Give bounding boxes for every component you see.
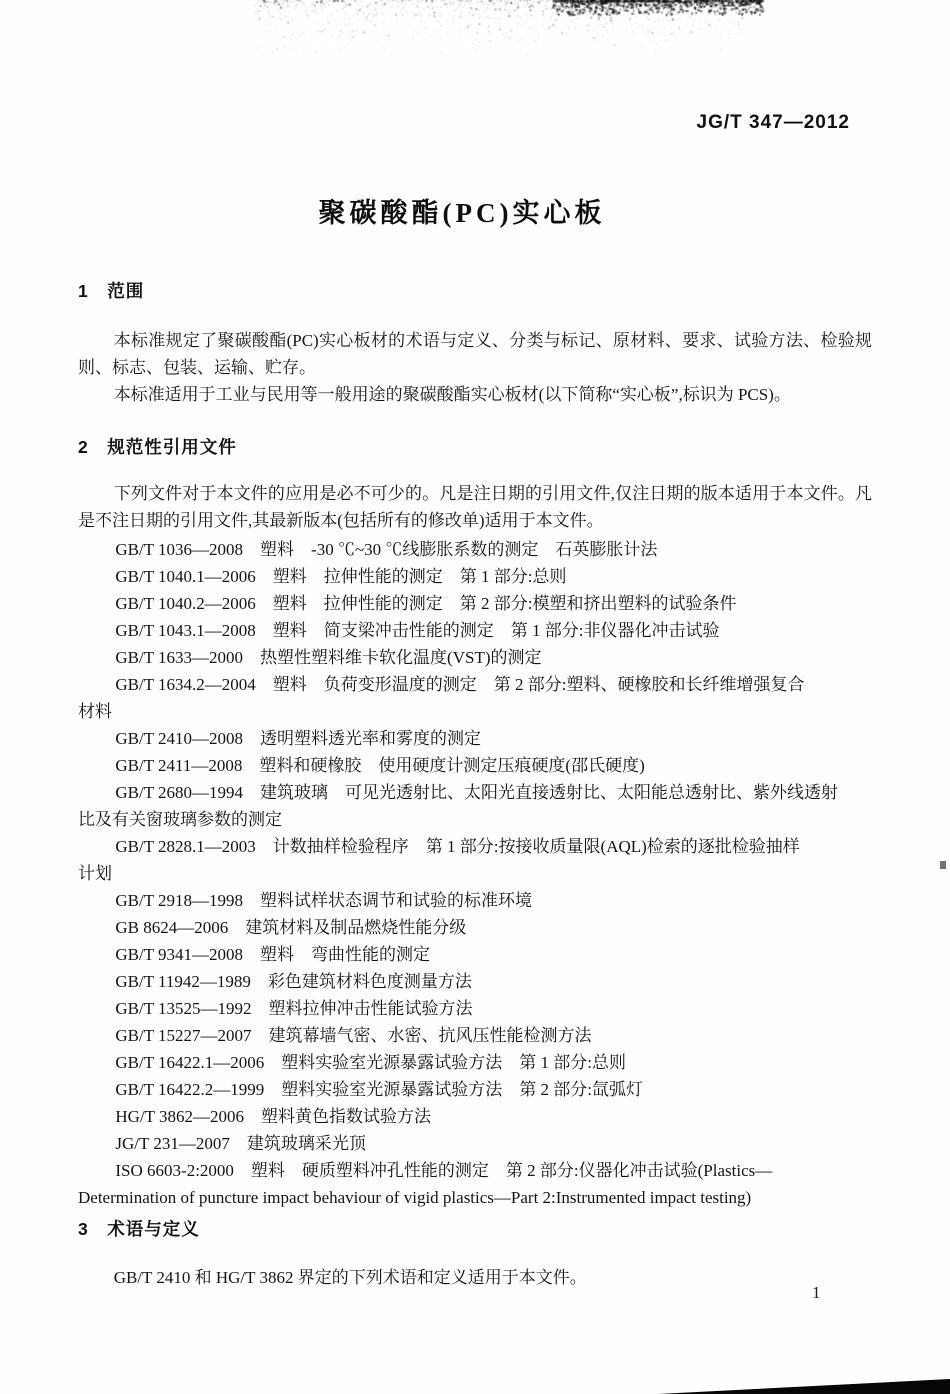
section-heading-normative-references: 2 规范性引用文件 xyxy=(78,434,872,461)
reference-line: GB/T 13525—1992 塑料拉伸冲击性能试验方法 xyxy=(78,995,872,1022)
document-body: 1 范围 本标准规定了聚碳酸酯(PC)实心板材的术语与定义、分类与标记、原材料、… xyxy=(78,278,872,1291)
reference-line: GB/T 2828.1—2003 计数抽样检验程序 第 1 部分:按接收质量限(… xyxy=(78,833,872,860)
reference-line-continuation: 材料 xyxy=(78,698,872,725)
reference-line: GB/T 2411—2008 塑料和硬橡胶 使用硬度计测定压痕硬度(邵氏硬度) xyxy=(78,752,872,779)
reference-line: HG/T 3862—2006 塑料黄色指数试验方法 xyxy=(78,1103,872,1130)
reference-line: GB/T 9341—2008 塑料 弯曲性能的测定 xyxy=(78,941,872,968)
reference-list: GB/T 1036—2008 塑料 -30 ℃~30 ℃线膨胀系数的测定 石英膨… xyxy=(78,536,872,1211)
page-number: 1 xyxy=(812,1283,821,1303)
terms-paragraph-1: GB/T 2410 和 HG/T 3862 界定的下列术语和定义适用于本文件。 xyxy=(78,1264,872,1291)
reference-line: JG/T 231—2007 建筑玻璃采光顶 xyxy=(78,1130,872,1157)
reference-line: GB/T 1043.1—2008 塑料 简支梁冲击性能的测定 第 1 部分:非仪… xyxy=(78,617,872,644)
reference-line: GB 8624—2006 建筑材料及制品燃烧性能分级 xyxy=(78,914,872,941)
reference-line-continuation: 比及有关窗玻璃参数的测定 xyxy=(78,806,872,833)
section-heading-terms-definitions: 3 术语与定义 xyxy=(78,1216,872,1243)
document-title: 聚碳酸酯(PC)实心板 xyxy=(0,191,924,230)
references-intro-paragraph: 下列文件对于本文件的应用是必不可少的。凡是注日期的引用文件,仅注日期的版本适用于… xyxy=(78,480,872,534)
scan-edge-mark xyxy=(940,861,946,869)
reference-line: GB/T 2410—2008 透明塑料透光率和雾度的测定 xyxy=(78,725,872,752)
reference-line: GB/T 2918—1998 塑料试样状态调节和试验的标准环境 xyxy=(78,887,872,914)
reference-line: GB/T 1634.2—2004 塑料 负荷变形温度的测定 第 2 部分:塑料、… xyxy=(78,671,872,698)
reference-line: GB/T 1036—2008 塑料 -30 ℃~30 ℃线膨胀系数的测定 石英膨… xyxy=(78,536,872,563)
reference-line: GB/T 11942—1989 彩色建筑材料色度测量方法 xyxy=(78,968,872,995)
scan-corner-artifact xyxy=(658,1379,950,1394)
reference-line: ISO 6603-2:2000 塑料 硬质塑料冲孔性能的测定 第 2 部分:仪器… xyxy=(78,1157,872,1184)
reference-line-continuation: Determination of puncture impact behavio… xyxy=(78,1184,872,1211)
reference-line: GB/T 1040.1—2006 塑料 拉伸性能的测定 第 1 部分:总则 xyxy=(78,563,872,590)
reference-line: GB/T 1633—2000 热塑性塑料维卡软化温度(VST)的测定 xyxy=(78,644,872,671)
section-heading-scope: 1 范围 xyxy=(78,278,872,305)
reference-line: GB/T 1040.2—2006 塑料 拉伸性能的测定 第 2 部分:模塑和挤出… xyxy=(78,590,872,617)
reference-line: GB/T 15227—2007 建筑幕墙气密、水密、抗风压性能检测方法 xyxy=(78,1022,872,1049)
scope-paragraph-2: 本标准适用于工业与民用等一般用途的聚碳酸酯实心板材(以下简称“实心板”,标识为 … xyxy=(78,381,872,408)
reference-line: GB/T 16422.1—2006 塑料实验室光源暴露试验方法 第 1 部分:总… xyxy=(78,1049,872,1076)
document-page: JG/T 347—2012 聚碳酸酯(PC)实心板 1 范围 本标准规定了聚碳酸… xyxy=(0,0,950,1394)
reference-line: GB/T 2680—1994 建筑玻璃 可见光透射比、太阳光直接透射比、太阳能总… xyxy=(78,779,872,806)
standard-code: JG/T 347—2012 xyxy=(697,112,850,134)
reference-line-continuation: 计划 xyxy=(78,860,872,887)
reference-line: GB/T 16422.2—1999 塑料实验室光源暴露试验方法 第 2 部分:氙… xyxy=(78,1076,872,1103)
scan-noise-artifact xyxy=(0,0,950,70)
scope-paragraph-1: 本标准规定了聚碳酸酯(PC)实心板材的术语与定义、分类与标记、原材料、要求、试验… xyxy=(78,327,872,381)
